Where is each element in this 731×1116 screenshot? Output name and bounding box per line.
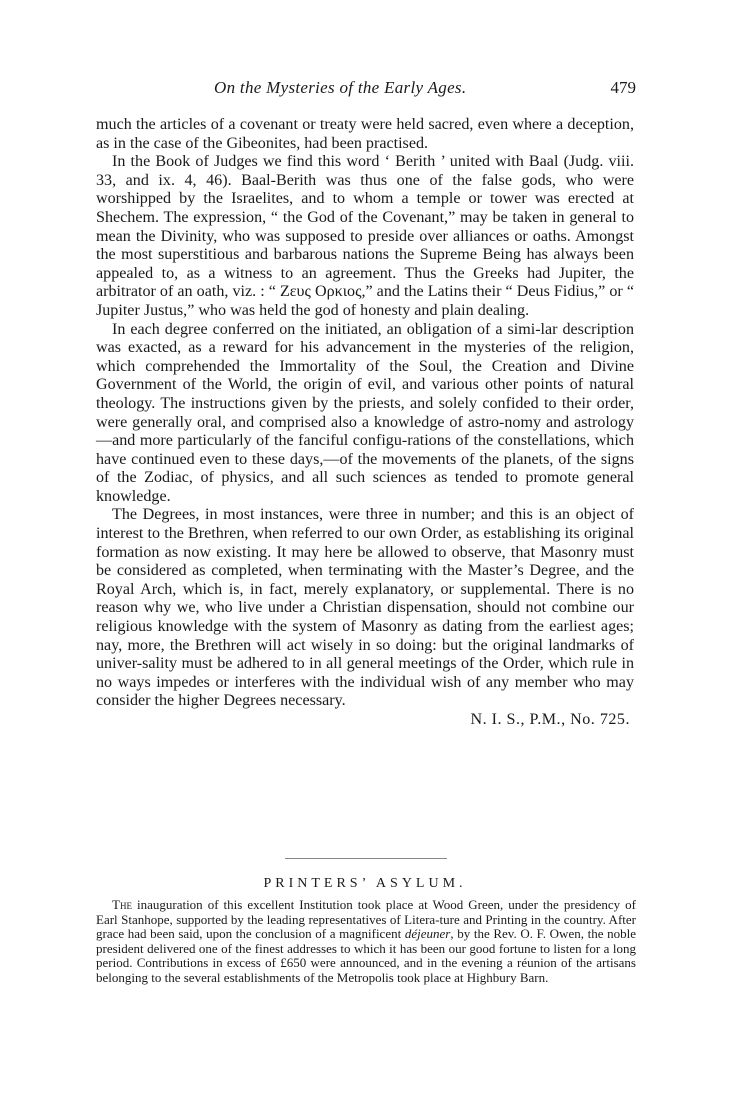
article-body: much the articles of a covenant or treat…	[96, 116, 634, 730]
lead-word: The	[112, 897, 132, 912]
section-body: The inauguration of this excellent Insti…	[96, 898, 636, 985]
document-page: On the Mysteries of the Early Ages. 479 …	[0, 0, 731, 1116]
page-number: 479	[611, 78, 637, 98]
section-heading: PRINTERS’ ASYLUM.	[96, 876, 634, 892]
running-header: On the Mysteries of the Early Ages. 479	[96, 78, 636, 102]
article-paragraph: much the articles of a covenant or treat…	[96, 116, 634, 153]
section-divider	[285, 858, 447, 859]
article-paragraph: In the Book of Judges we find this word …	[96, 153, 634, 320]
author-signature: N. I. S., P.M., No. 725.	[96, 711, 634, 730]
article-paragraph: In each degree conferred on the initiate…	[96, 321, 634, 507]
running-title: On the Mysteries of the Early Ages.	[214, 78, 466, 98]
article-paragraph: The Degrees, in most instances, were thr…	[96, 506, 634, 711]
section-paragraph: The inauguration of this excellent Insti…	[96, 898, 636, 985]
italic-term: déjeuner	[405, 926, 450, 941]
